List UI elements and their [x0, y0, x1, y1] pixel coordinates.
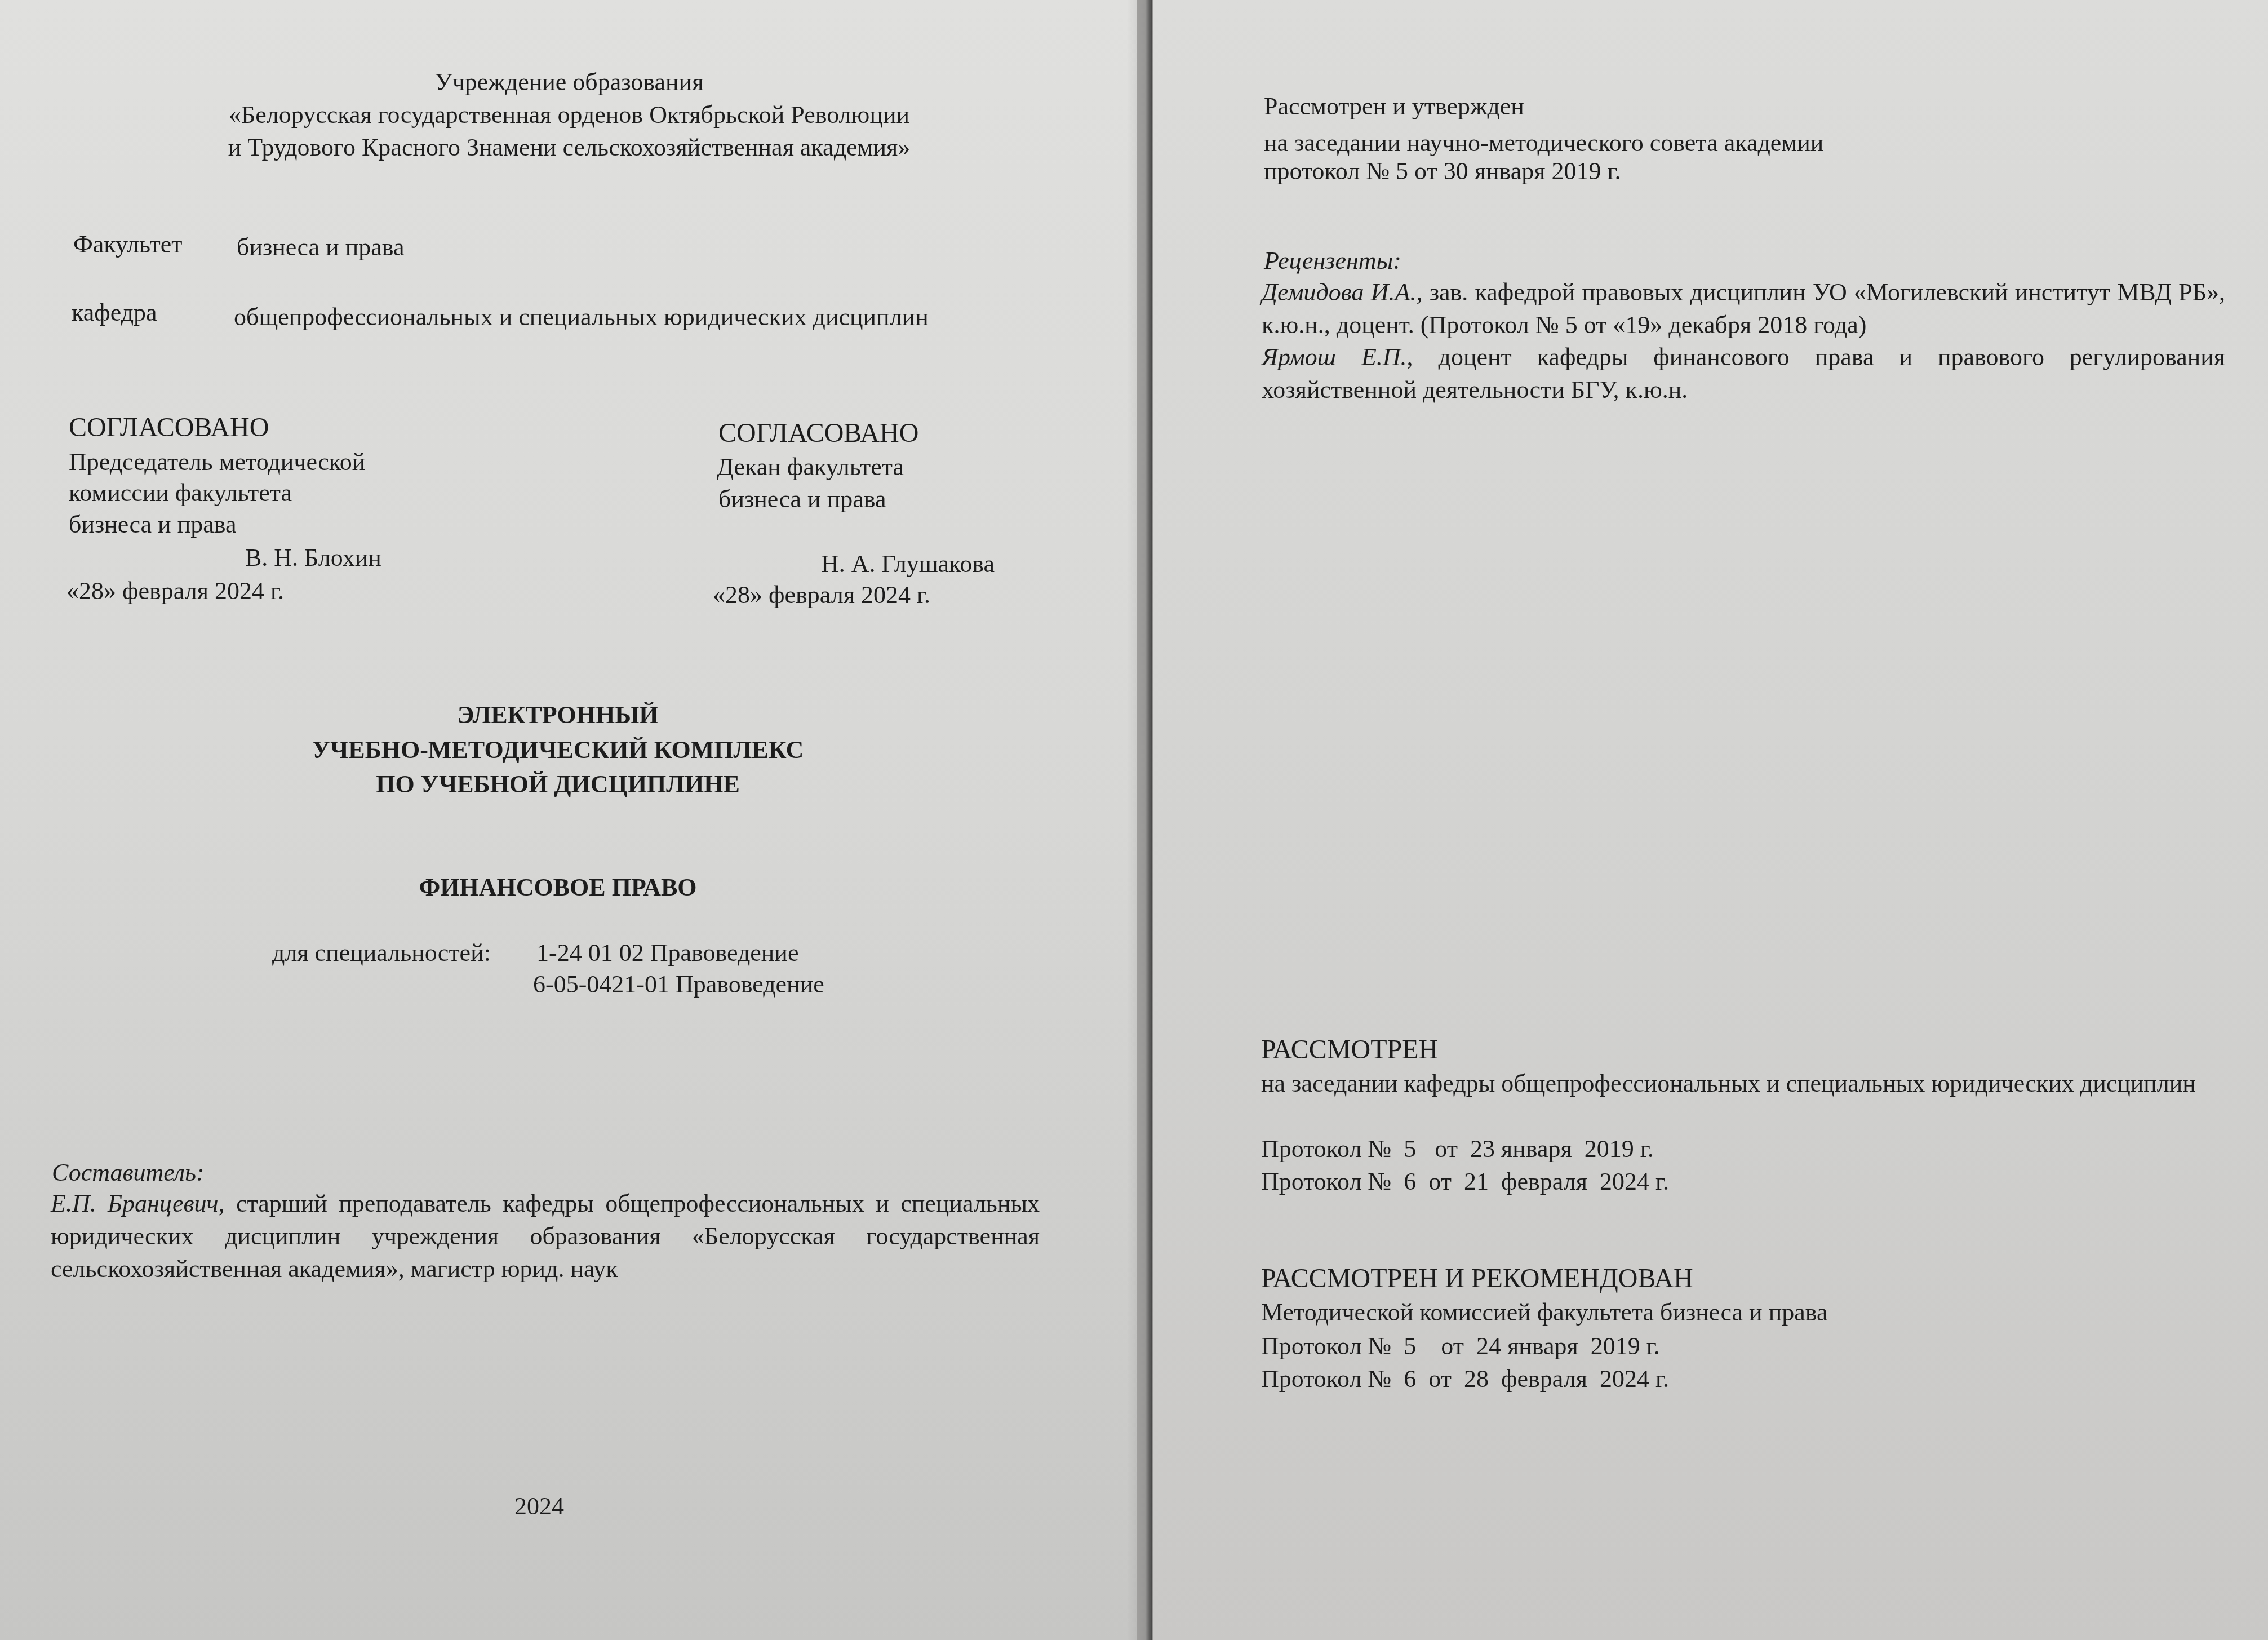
- approval-left-line: Председатель методической: [69, 446, 365, 478]
- faculty-label: Факультет: [73, 228, 182, 261]
- reviewers-label: Рецензенты:: [1264, 245, 1401, 277]
- approval-left-line: бизнеса и права: [69, 508, 236, 541]
- approval-left-line: комиссии факультета: [69, 477, 292, 509]
- considered-text: на заседании кафедры общепрофессиональны…: [1261, 1068, 2208, 1100]
- recommended-heading: РАССМОТРЕН И РЕКОМЕНДОВАН: [1261, 1262, 1693, 1295]
- considered-protocol: Протокол № 6 от 21 февраля 2024 г.: [1261, 1165, 1669, 1198]
- reviewer-item: Демидова И.А., зав. кафедрой правовых ди…: [1262, 276, 2225, 342]
- title-page: Учреждение образования «Белорусская госу…: [0, 0, 1137, 1640]
- reviewer-name: Демидова И.А.: [1262, 278, 1416, 306]
- title-line-2: УЧЕБНО-МЕТОДИЧЕСКИЙ КОМПЛЕКС: [220, 734, 896, 766]
- title-line-3: ПО УЧЕБНОЙ ДИСЦИПЛИНЕ: [220, 768, 896, 801]
- discipline-title: ФИНАНСОВОЕ ПРАВО: [220, 871, 896, 904]
- faculty-value: бизнеса и права: [237, 231, 404, 264]
- page-gap-shadow: [1127, 0, 1153, 1640]
- institution-line-1: Учреждение образования: [147, 66, 992, 99]
- compiler-label: Составитель:: [52, 1156, 205, 1189]
- approval-left-signatory: В. Н. Блохин: [245, 542, 381, 574]
- approval-right-signatory: Н. А. Глушакова: [821, 548, 995, 580]
- reviewer-item: Ярмош Е.П., доцент кафедры финансового п…: [1262, 341, 2225, 406]
- recommended-protocol: Протокол № 5 от 24 января 2019 г.: [1261, 1330, 1660, 1363]
- specialty-item: 1-24 01 02 Правоведение: [536, 937, 798, 969]
- publication-year: 2024: [514, 1490, 564, 1523]
- institution-line-3: и Трудового Красного Знамени сельскохозя…: [147, 131, 992, 164]
- title-line-1: ЭЛЕКТРОННЫЙ: [220, 699, 896, 732]
- recommended-text: Методической комиссией факультета бизнес…: [1261, 1296, 1827, 1329]
- department-label: кафедра: [72, 296, 157, 329]
- approval-left-heading: СОГЛАСОВАНО: [69, 411, 269, 444]
- approval-right-line: Декан факультета: [717, 451, 904, 484]
- department-value: общепрофессиональных и специальных юриди…: [234, 301, 929, 334]
- approval-right-date: «28» февраля 2024 г.: [713, 579, 930, 611]
- reverse-title-page: Рассмотрен и утвержден на заседании науч…: [1153, 0, 2268, 1640]
- compiler-name: Е.П. Бранцевич: [51, 1190, 219, 1217]
- compiler-text: Е.П. Бранцевич, старший преподаватель ка…: [51, 1187, 1040, 1286]
- considered-heading: РАССМОТРЕН: [1261, 1034, 1438, 1066]
- reviewer-name: Ярмош Е.П.: [1262, 343, 1407, 371]
- approval-right-line: бизнеса и права: [718, 483, 886, 516]
- considered-protocol: Протокол № 5 от 23 января 2019 г.: [1261, 1133, 1654, 1165]
- approval-left-date: «28» февраля 2024 г.: [66, 575, 284, 608]
- specialty-item: 6-05-0421-01 Правоведение: [533, 968, 824, 1001]
- approval-right-heading: СОГЛАСОВАНО: [718, 417, 918, 450]
- institution-line-2: «Белорусская государственная орденов Окт…: [147, 99, 992, 131]
- approved-line-3: протокол № 5 от 30 января 2019 г.: [1264, 155, 1621, 188]
- approved-line-1: Рассмотрен и утвержден: [1264, 90, 1524, 123]
- specialties-label: для специальностей:: [272, 937, 491, 969]
- recommended-protocol: Протокол № 6 от 28 февраля 2024 г.: [1261, 1363, 1669, 1395]
